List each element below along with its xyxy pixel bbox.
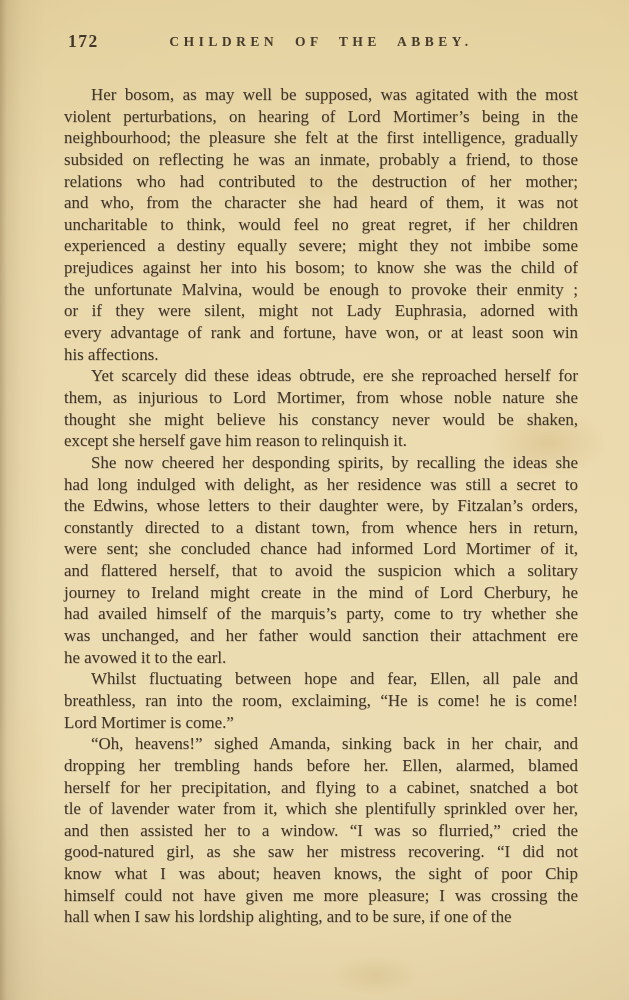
paper-stain bbox=[0, 680, 60, 860]
paragraph: Yet scarcely did these ideas obtrude, er… bbox=[64, 365, 578, 452]
text-line: the Edwins, whose letters to their daugh… bbox=[64, 495, 578, 517]
text-line: his affections. bbox=[64, 344, 578, 366]
text-line: experienced a destiny equally severe; mi… bbox=[64, 235, 578, 257]
text-line: had availed himself of the marquis’s par… bbox=[64, 603, 578, 625]
text-line: every advantage of rank and fortune, hav… bbox=[64, 322, 578, 344]
text-line: Lord Mortimer is come.” bbox=[64, 712, 578, 734]
text-line: subsided on reflecting he was an inmate,… bbox=[64, 149, 578, 171]
page-header: 172 CHILDREN OF THE ABBEY. bbox=[64, 31, 578, 55]
text-line: good-natured girl, as she saw her mistre… bbox=[64, 841, 578, 863]
text-line: Her bosom, as may well be supposed, was … bbox=[64, 84, 578, 106]
text-line: except she herself gave him reason to re… bbox=[64, 430, 578, 452]
text-line: relations who had contributed to the des… bbox=[64, 171, 578, 193]
text-line: and then assisted her to a window. “I wa… bbox=[64, 820, 578, 842]
paper-stain bbox=[330, 955, 420, 995]
text-line: know what I was about; heaven knows, the… bbox=[64, 863, 578, 885]
text-line: breathless, ran into the room, exclaimin… bbox=[64, 690, 578, 712]
text-line: “Oh, heavens!” sighed Amanda, sinking ba… bbox=[64, 733, 578, 755]
paragraph: “Oh, heavens!” sighed Amanda, sinking ba… bbox=[64, 733, 578, 928]
text-line: were sent; she concluded chance had info… bbox=[64, 538, 578, 560]
text-line: journey to Ireland might create in the m… bbox=[64, 582, 578, 604]
text-line: the unfortunate Malvina, would be enough… bbox=[64, 279, 578, 301]
text-line: neighbourhood; the pleasure she felt at … bbox=[64, 127, 578, 149]
paragraph: She now cheered her desponding spirits, … bbox=[64, 452, 578, 668]
text-line: prejudices against her into his bosom; t… bbox=[64, 257, 578, 279]
text-line: and flattered herself, that to avoid the… bbox=[64, 560, 578, 582]
paragraph: Whilst fluctuating between hope and fear… bbox=[64, 668, 578, 733]
text-line: or if they were silent, might not Lady E… bbox=[64, 300, 578, 322]
text-line: Whilst fluctuating between hope and fear… bbox=[64, 668, 578, 690]
text-line: Yet scarcely did these ideas obtrude, er… bbox=[64, 365, 578, 387]
text-line: constantly directed to a distant town, f… bbox=[64, 517, 578, 539]
text-line: had long indulged with delight, as her r… bbox=[64, 474, 578, 496]
text-line: them, as injurious to Lord Mortimer, fro… bbox=[64, 387, 578, 409]
text-line: himself could not have given me more ple… bbox=[64, 885, 578, 907]
text-line: dropping her trembling hands before her.… bbox=[64, 755, 578, 777]
running-title: CHILDREN OF THE ABBEY. bbox=[64, 34, 578, 50]
text-line: hall when I saw his lordship alighting, … bbox=[64, 906, 578, 928]
paragraph: Her bosom, as may well be supposed, was … bbox=[64, 84, 578, 365]
text-line: uncharitable to think, would feel no gre… bbox=[64, 214, 578, 236]
text-line: tle of lavender water from it, which she… bbox=[64, 798, 578, 820]
text-line: was unchanged, and her father would sanc… bbox=[64, 625, 578, 647]
text-line: he avowed it to the earl. bbox=[64, 647, 578, 669]
page-text: Her bosom, as may well be supposed, was … bbox=[64, 84, 578, 928]
text-line: She now cheered her desponding spirits, … bbox=[64, 452, 578, 474]
text-line: thought she might believe his constancy … bbox=[64, 409, 578, 431]
text-line: and who, from the character she had hear… bbox=[64, 192, 578, 214]
text-line: herself for her precipitation, and flyin… bbox=[64, 777, 578, 799]
text-line: violent perturbations, on hearing of Lor… bbox=[64, 106, 578, 128]
book-page: 172 CHILDREN OF THE ABBEY. Her bosom, as… bbox=[0, 0, 629, 1000]
